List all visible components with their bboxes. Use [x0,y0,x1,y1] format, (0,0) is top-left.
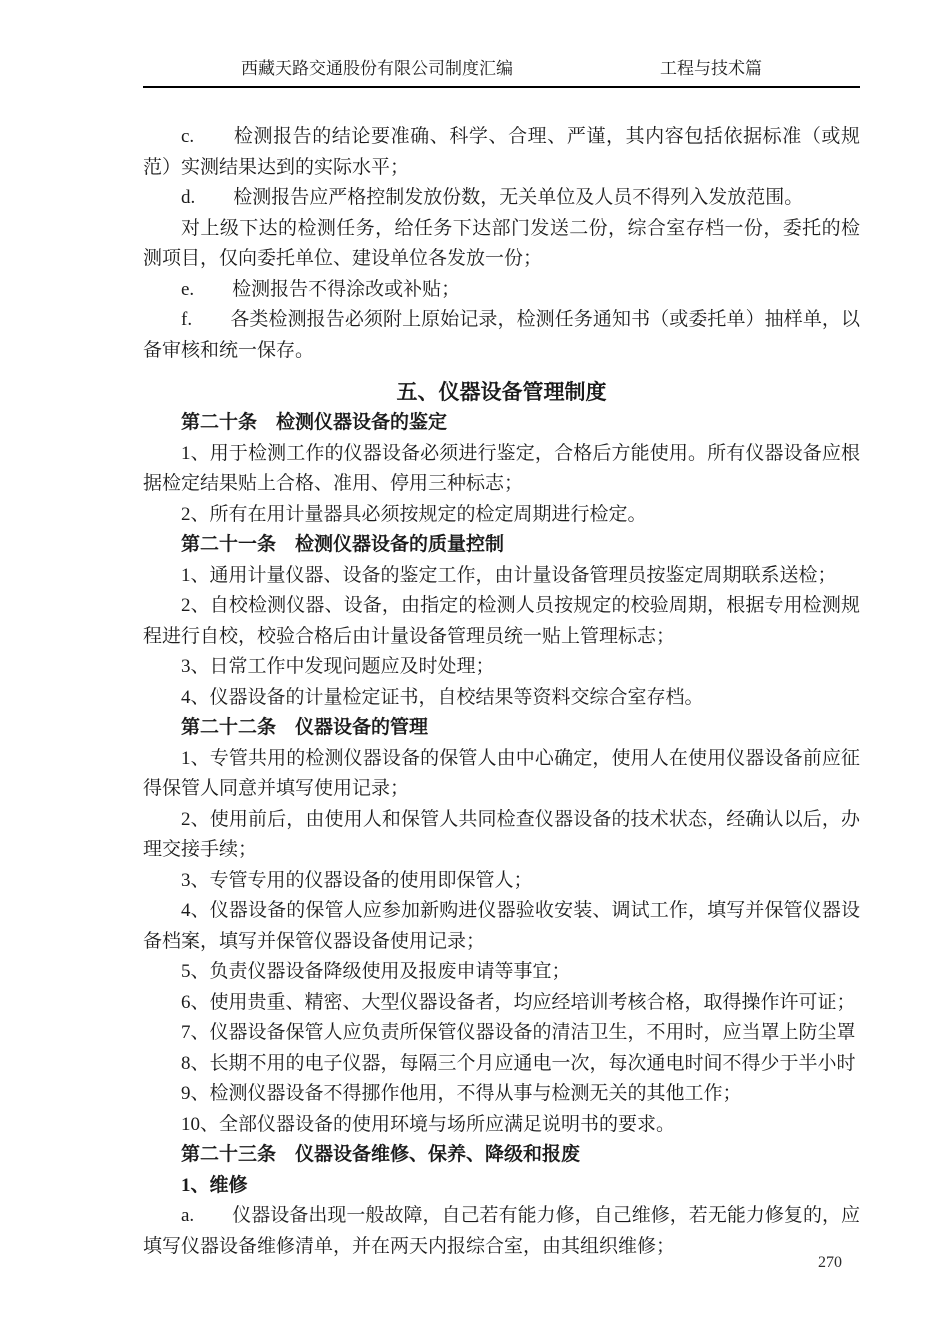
document-page: 西藏天路交通股份有限公司制度汇编 工程与技术篇 c. 检测报告的结论要准确、科学… [0,0,950,1344]
paragraph: 9、检测仪器设备不得挪作他用，不得从事与检测无关的其他工作； [143,1079,860,1110]
paragraph: 3、专管专用的仪器设备的使用即保管人； [143,866,860,897]
paragraph: 10、全部仪器设备的使用环境与场所应满足说明书的要求。 [143,1110,860,1141]
paragraph: c. 检测报告的结论要准确、科学、合理、严谨，其内容包括依据标准（或规范）实测结… [143,122,860,183]
paragraph: 对上级下达的检测任务，给任务下达部门发送二份，综合室存档一份，委托的检测项目，仅… [143,214,860,275]
page-footer: 270 [143,1254,860,1272]
paragraph: a. 仪器设备出现一般故障，自己若有能力修，自己维修，若无能力修复的，应填写仪器… [143,1201,860,1262]
paragraph: e. 检测报告不得涂改或补贴； [143,275,860,306]
paragraph: 4、仪器设备的计量检定证书，自校结果等资料交综合室存档。 [143,683,860,714]
paragraph: 7、仪器设备保管人应负责所保管仪器设备的清洁卫生，不用时，应当罩上防尘罩 [143,1018,860,1049]
header-left-title: 西藏天路交通股份有限公司制度汇编 [241,58,513,80]
sub-heading: 1、维修 [143,1171,860,1202]
paragraph: 3、日常工作中发现问题应及时处理； [143,652,860,683]
paragraph: 1、通用计量仪器、设备的鉴定工作，由计量设备管理员按鉴定周期联系送检； [143,561,860,592]
paragraph: 1、用于检测工作的仪器设备必须进行鉴定，合格后方能使用。所有仪器设备应根据检定结… [143,439,860,500]
paragraph: f. 各类检测报告必须附上原始记录，检测任务通知书（或委托单）抽样单，以备审核和… [143,305,860,366]
page-number: 270 [818,1254,842,1271]
header-right-title: 工程与技术篇 [660,58,762,80]
paragraph: 5、负责仪器设备降级使用及报废申请等事宜； [143,957,860,988]
paragraph: 2、自校检测仪器、设备，由指定的检测人员按规定的校验周期，根据专用检测规程进行自… [143,591,860,652]
paragraph: d. 检测报告应严格控制发放份数，无关单位及人员不得列入发放范围。 [143,183,860,214]
paragraph: 4、仪器设备的保管人应参加新购进仪器验收安装、调试工作，填写并保管仪器设备档案，… [143,896,860,957]
article-heading: 第二十二条 仪器设备的管理 [143,713,860,744]
article-heading: 第二十条 检测仪器设备的鉴定 [143,408,860,439]
article-heading: 第二十一条 检测仪器设备的质量控制 [143,530,860,561]
document-body: c. 检测报告的结论要准确、科学、合理、严谨，其内容包括依据标准（或规范）实测结… [143,122,860,1262]
paragraph: 8、长期不用的电子仪器，每隔三个月应通电一次，每次通电时间不得少于半小时 [143,1049,860,1080]
chapter-heading: 五、仪器设备管理制度 [143,376,860,408]
paragraph: 6、使用贵重、精密、大型仪器设备者，均应经培训考核合格，取得操作许可证； [143,988,860,1019]
paragraph: 2、所有在用计量器具必须按规定的检定周期进行检定。 [143,500,860,531]
page-header: 西藏天路交通股份有限公司制度汇编 工程与技术篇 [143,58,860,88]
paragraph: 2、使用前后，由使用人和保管人共同检查仪器设备的技术状态，经确认以后，办理交接手… [143,805,860,866]
article-heading: 第二十三条 仪器设备维修、保养、降级和报废 [143,1140,860,1171]
paragraph: 1、专管共用的检测仪器设备的保管人由中心确定，使用人在使用仪器设备前应征得保管人… [143,744,860,805]
